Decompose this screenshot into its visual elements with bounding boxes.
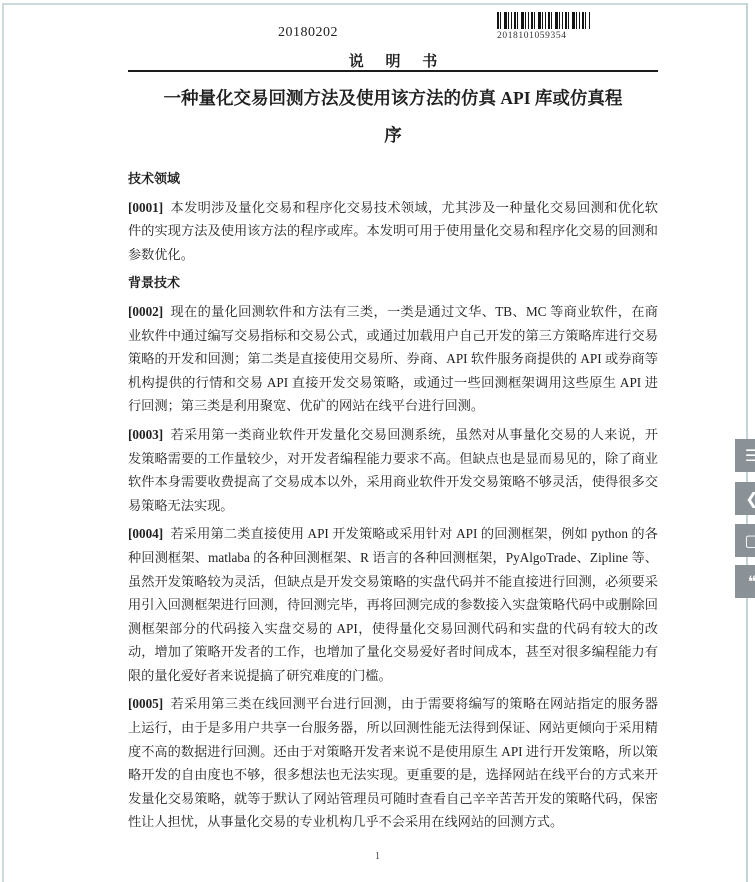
paragraph-number: [0003] (128, 427, 170, 442)
patent-title-line1: 一种量化交易回测方法及使用该方法的仿真 API 库或仿真程 (164, 88, 623, 108)
document-icon: ▢ (744, 531, 755, 550)
floating-button-4[interactable]: ❝ (735, 565, 755, 598)
floating-button-2[interactable]: ❮ (735, 482, 755, 515)
patent-title: 一种量化交易回测方法及使用该方法的仿真 API 库或仿真程 序 (128, 80, 658, 154)
patent-title-line2: 序 (384, 125, 402, 145)
paragraph-0004: [0004]若采用第二类直接使用 API 开发策略或采用针对 API 的回测框架… (128, 522, 658, 687)
quote-icon: ❝ (748, 572, 755, 591)
header-divider (128, 70, 658, 72)
paragraph-0002: [0002]现在的量化回测软件和方法有三类，一类是通过文华、TB、MC 等商业软… (128, 300, 658, 418)
paragraph-number: [0005] (128, 696, 170, 711)
section-heading-technical-field: 技术领域 (128, 167, 658, 191)
paragraph-0003: [0003]若采用第一类商业软件开发量化交易回测系统，虽然对从事量化交易的人来说… (128, 423, 658, 517)
page-border-top (2, 3, 748, 5)
paragraph-text: 若采用第一类商业软件开发量化交易回测系统，虽然对从事量化交易的人来说，开发策略需… (128, 427, 658, 513)
section-heading-background: 背景技术 (128, 271, 658, 295)
paragraph-0005: [0005]若采用第三类在线回测平台进行回测，由于需要将编写的策略在网站指定的服… (128, 692, 658, 834)
paragraph-number: [0002] (128, 304, 170, 319)
paragraph-text: 本发明涉及量化交易和程序化交易技术领域，尤其涉及一种量化交易回测和优化软件的实现… (128, 200, 658, 262)
chevron-left-icon: ❮ (745, 489, 755, 508)
patent-document-page: 20180202 2018101059354 说 明 书 一种量化交易回测方法及… (0, 0, 755, 882)
paragraph-number: [0004] (128, 526, 170, 541)
document-body: 技术领域 [0001]本发明涉及量化交易和程序化交易技术领域，尤其涉及一种量化交… (128, 167, 658, 839)
application-number: 20180202 (278, 25, 338, 41)
barcode-block: 2018101059354 (497, 12, 593, 41)
doc-type-heading: 说 明 书 (128, 50, 658, 71)
floating-button-1[interactable]: ☰ (735, 439, 755, 472)
paragraph-text: 现在的量化回测软件和方法有三类，一类是通过文华、TB、MC 等商业软件，在商业软… (128, 304, 658, 413)
paragraph-text: 若采用第二类直接使用 API 开发策略或采用针对 API 的回测框架，例如 py… (128, 526, 658, 683)
paragraph-text: 若采用第三类在线回测平台进行回测，由于需要将编写的策略在网站指定的服务器上运行，… (128, 696, 658, 829)
menu-icon: ☰ (745, 446, 755, 465)
paragraph-number: [0001] (128, 200, 170, 215)
page-border-left (2, 3, 4, 882)
floating-button-3[interactable]: ▢ (735, 524, 755, 557)
page-number: 1 (0, 851, 755, 862)
barcode-image (497, 12, 590, 29)
paragraph-0001: [0001]本发明涉及量化交易和程序化交易技术领域，尤其涉及一种量化交易回测和优… (128, 196, 658, 267)
barcode-number: 2018101059354 (497, 31, 593, 41)
